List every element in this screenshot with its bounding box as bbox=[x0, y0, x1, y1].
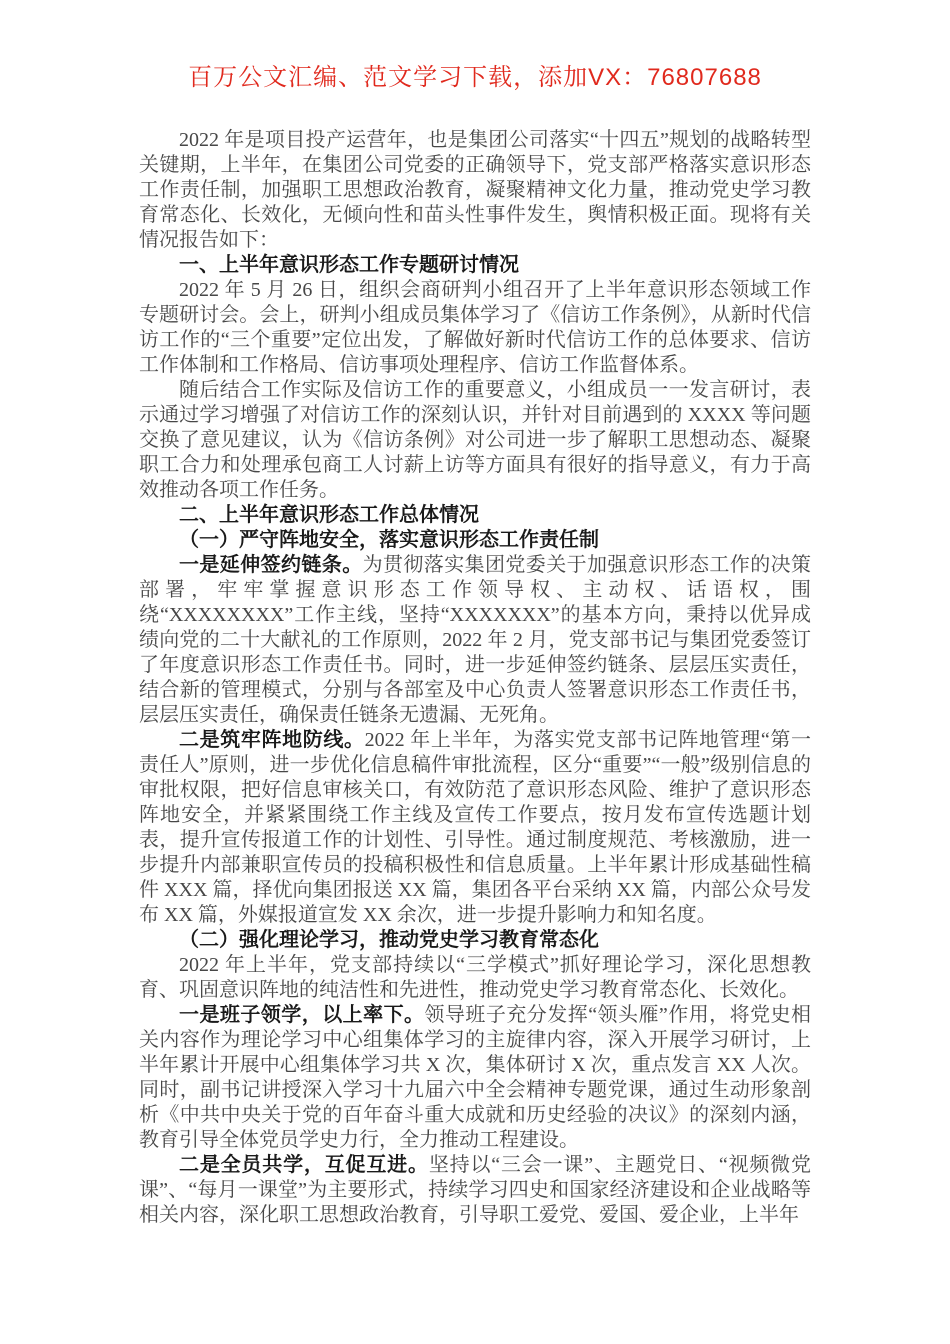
section-1-heading: 一、上半年意识形态工作专题研讨情况 bbox=[139, 253, 811, 278]
document-page: 百万公文汇编、范文学习下载，添加VX：76807688 2022 年是项目投产运… bbox=[0, 0, 950, 1344]
para-leaders-study-lead: 一是班子领学，以上率下。 bbox=[179, 1004, 425, 1026]
document-body: 2022 年是项目投产运营年，也是集团公司落实“十四五”规划的战略转型关键期，上… bbox=[139, 128, 811, 1228]
para-leaders-study: 一是班子领学，以上率下。领导班子充分发挥“领头雁”作用，将党史相关内容作为理论学… bbox=[139, 1003, 811, 1153]
para-research-meeting: 2022 年 5 月 26 日，组织会商研判小组召开了上半年意识形态领域工作专题… bbox=[139, 278, 811, 378]
para-leaders-study-text: 领导班子充分发挥“领头雁”作用，将党史相关内容作为理论学习中心组集体学习的主旋律… bbox=[139, 1004, 811, 1151]
para-all-staff-study-lead: 二是全员共学，互促互进。 bbox=[179, 1154, 429, 1176]
para-position-defense-lead: 二是筑牢阵地防线。 bbox=[179, 729, 365, 751]
para-discussion-feedback: 随后结合工作实际及信访工作的重要意义，小组成员一一发言研讨，表示通过学习增强了对… bbox=[139, 378, 811, 503]
para-sign-chain-text: 为贯彻落实集团党委关于加强意识形态工作的决策部署，牢牢掌握意识形态工作领导权、主… bbox=[139, 554, 811, 726]
para-three-study-mode: 2022 年上半年，党支部持续以“三学模式”抓好理论学习，深化思想教育、巩固意识… bbox=[139, 953, 811, 1003]
para-position-defense-text: 2022 年上半年，为落实党支部书记阵地管理“第一责任人”原则，进一步优化信息稿… bbox=[139, 729, 811, 926]
para-all-staff-study: 二是全员共学，互促互进。坚持以“三会一课”、主题党日、“视频微党课”、“每月一课… bbox=[139, 1153, 811, 1228]
promo-header-text: 百万公文汇编、范文学习下载，添加VX：76807688 bbox=[0, 0, 950, 91]
section-2-heading: 二、上半年意识形态工作总体情况 bbox=[139, 503, 811, 528]
para-sign-chain: 一是延伸签约链条。为贯彻落实集团党委关于加强意识形态工作的决策部署，牢牢掌握意识… bbox=[139, 553, 811, 728]
intro-paragraph: 2022 年是项目投产运营年，也是集团公司落实“十四五”规划的战略转型关键期，上… bbox=[139, 128, 811, 253]
para-position-defense: 二是筑牢阵地防线。2022 年上半年，为落实党支部书记阵地管理“第一责任人”原则… bbox=[139, 728, 811, 928]
subsection-2-1-heading: （一）严守阵地安全，落实意识形态工作责任制 bbox=[139, 528, 811, 553]
subsection-2-2-heading: （二）强化理论学习，推动党史学习教育常态化 bbox=[139, 928, 811, 953]
para-sign-chain-lead: 一是延伸签约链条。 bbox=[179, 554, 363, 576]
